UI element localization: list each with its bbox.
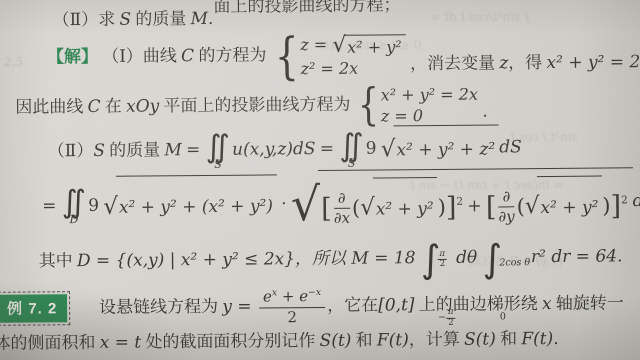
math-text: dS: [633, 191, 640, 211]
cn-text: 的方程为: [194, 45, 266, 65]
math-text: C: [88, 97, 101, 117]
double-integral: ∬S: [205, 133, 230, 168]
radicand: x² + y² + (x² + y²): [116, 174, 278, 237]
math-text: [0,t]: [378, 295, 415, 315]
math-text: F(t): [521, 329, 553, 349]
integral-limits: π2−π2: [437, 237, 455, 281]
cn-text: （Ⅱ）: [48, 141, 94, 160]
integral-r: ∫2cos θ0: [482, 236, 530, 280]
double-integral: ∬D: [62, 189, 87, 224]
equation-system: x² + y² = 2xz = 0: [381, 84, 479, 127]
equation-system: z = √x² + y²z² = 2x: [300, 33, 406, 79]
left-paren: (: [517, 194, 525, 218]
cn-text: ，消去变量: [410, 53, 499, 73]
radicand: x² + y² + z²: [393, 125, 499, 174]
equals-sign: =: [320, 139, 334, 159]
fraction-denominator: 2: [438, 260, 448, 269]
cn-text: ，计算: [409, 330, 464, 349]
textbook-photo: { "sym": {"sqrt":"√","iint":"∬","int":"∫…: [0, 0, 640, 360]
exponent: −x: [308, 287, 321, 298]
catenary-fraction: ex + e−x2: [259, 288, 326, 327]
fraction-numerator: ∂: [334, 190, 350, 209]
fraction-denominator: ∂y: [498, 208, 514, 226]
text-line-example: 设悬链线方程为 y = ex + e−x2，它在[0,t] 上的曲边梯形绕 x …: [99, 280, 624, 331]
math-text: x² + y² = 2x: [546, 52, 640, 73]
double-integral-sign: ∬: [205, 133, 230, 160]
example-number-badge: 例 7. 2: [0, 294, 67, 323]
radical-sign: √: [291, 185, 321, 225]
equation-row: x² + y² = 2x: [381, 84, 478, 106]
right-paren: ): [438, 195, 446, 219]
math-text: C: [181, 46, 194, 66]
cn-text: 的质量: [105, 140, 165, 160]
cn-text: 其中: [39, 251, 77, 270]
equals-sign: =: [186, 140, 200, 160]
exponent: 2: [456, 196, 463, 208]
math-text: u(x,y,z)dS: [232, 139, 316, 160]
page-content: 面上的投影曲线的方程； （Ⅱ）求 S 的质量 M. 【解】 （Ⅰ）曲线 C 的方…: [0, 0, 640, 360]
radicand: x² + y²: [373, 177, 438, 240]
radicand: x² + y²: [344, 34, 406, 58]
cn-text: （Ⅱ）求: [53, 10, 120, 30]
math-text: = 18: [369, 248, 416, 268]
partial-fraction-y: ∂∂y: [498, 188, 515, 226]
cn-text: 处的截面面积分别记作: [141, 331, 320, 352]
cn-text: ，它在: [327, 295, 378, 314]
cn-text: 和: [351, 331, 377, 350]
math-text: dS: [499, 137, 522, 157]
left-bracket: [: [486, 192, 497, 223]
square-root: √x² + y²: [525, 175, 603, 238]
double-integral-sign: ∬: [339, 132, 364, 159]
math-text: S(t): [464, 329, 496, 349]
dot-operator: ·: [281, 194, 287, 214]
continuation-text: ，消去变量 z，得 x² + y² = 2x，: [410, 52, 640, 73]
period: .: [553, 329, 559, 349]
left-brace: {: [274, 34, 298, 79]
integral-limits: 2cos θ0: [499, 236, 530, 280]
math-text: xOy: [126, 96, 159, 116]
math-text: M.: [190, 9, 213, 29]
math-text: S(t): [320, 331, 352, 351]
text-line-bottom: 体的侧面积和 x = t 处的截面面积分别记作 S(t) 和 F(t)，计算 S…: [0, 326, 559, 357]
math-text: dθ: [456, 248, 477, 268]
left-brace: {: [358, 86, 379, 126]
exponent: 2: [621, 194, 628, 206]
left-paren: (: [352, 196, 360, 220]
cn-text: 轴旋转一: [552, 293, 624, 313]
cn-text: 因此曲线: [15, 97, 87, 117]
text-line-solution-1: 【解】 （Ⅰ）曲线 C 的方程为 {z = √x² + y²z² = 2x ，消…: [47, 27, 640, 82]
square-root: √x² + y²: [332, 34, 405, 58]
math-text: D: [77, 251, 91, 271]
cn-text: 体的侧面积和: [0, 333, 100, 353]
cn-text: 在: [101, 97, 127, 116]
text-line-projection-heading: 面上的投影曲线的方程；: [213, 0, 400, 17]
cn-text: ，得: [508, 53, 546, 72]
double-integral: ∬S: [339, 132, 364, 167]
equals-sign: =: [42, 196, 56, 216]
fraction-numerator: ex + e−x: [259, 288, 325, 309]
partial-fraction-x: ∂∂x: [334, 190, 351, 228]
cn-text: 平面上的投影曲线方程为: [159, 95, 350, 116]
equation-row: z = 0: [381, 105, 478, 127]
cn-text: （Ⅰ）曲线: [102, 46, 181, 66]
math-text: x: [542, 294, 552, 314]
math-text: M: [351, 249, 369, 269]
equals-sign: =: [232, 297, 257, 317]
math-text: = {(x,y) | x² + y² ≤ 2x}，所以: [91, 249, 352, 271]
right-bracket: ]: [446, 192, 457, 223]
solution-label: 【解】: [47, 47, 98, 66]
pi-over-2: π2: [437, 250, 447, 270]
period: .: [482, 102, 488, 122]
square-root: √x² + y² + (x² + y²): [103, 174, 277, 238]
math-text: + e: [277, 287, 308, 305]
math-text: y: [222, 297, 232, 317]
radicand: x² + y²: [537, 175, 602, 238]
equation-row: z² = 2x: [300, 57, 405, 79]
left-bracket: [: [321, 193, 332, 224]
text-line-question: （Ⅱ）求 S 的质量 M.: [52, 7, 213, 32]
cn-text: 上的曲边梯形绕: [414, 294, 542, 314]
cn-text: 面上的投影曲线的方程；: [213, 0, 400, 16]
text-line-projection-eq: 因此曲线 C 在 xOy 平面上的投影曲线方程为 {x² + y² = 2xz …: [15, 83, 488, 130]
math-text: 9: [366, 139, 377, 159]
math-text: z =: [300, 35, 332, 54]
math-text: S: [93, 141, 105, 161]
cn-text: 和: [496, 329, 522, 348]
text-line-result: 其中 D = {(x,y) | x² + y² ≤ 2x}，所以 M = 18 …: [38, 229, 622, 288]
fraction-denominator: ∂x: [334, 209, 350, 227]
math-text: 9: [88, 196, 99, 216]
cn-text: 的质量: [131, 9, 191, 29]
equation-row: z = √x² + y²: [300, 33, 405, 58]
square-root: √x² + y²: [360, 177, 438, 240]
math-text: M: [164, 140, 182, 160]
math-text: S: [119, 10, 131, 30]
plus-sign: +: [467, 196, 481, 216]
cn-text: 设悬链线方程为: [99, 297, 222, 317]
right-bracket: ]: [610, 191, 621, 222]
fraction-numerator: ∂: [498, 188, 514, 207]
square-root: √x² + y² + z²: [381, 124, 500, 173]
math-text: F(t): [377, 330, 409, 350]
integral-theta: ∫π2−π2: [421, 237, 456, 281]
math-text: e: [263, 287, 272, 305]
fraction-denominator: 2: [259, 308, 325, 327]
math-text: r² dr = 64.: [531, 246, 623, 267]
math-text: x = t: [100, 333, 142, 353]
